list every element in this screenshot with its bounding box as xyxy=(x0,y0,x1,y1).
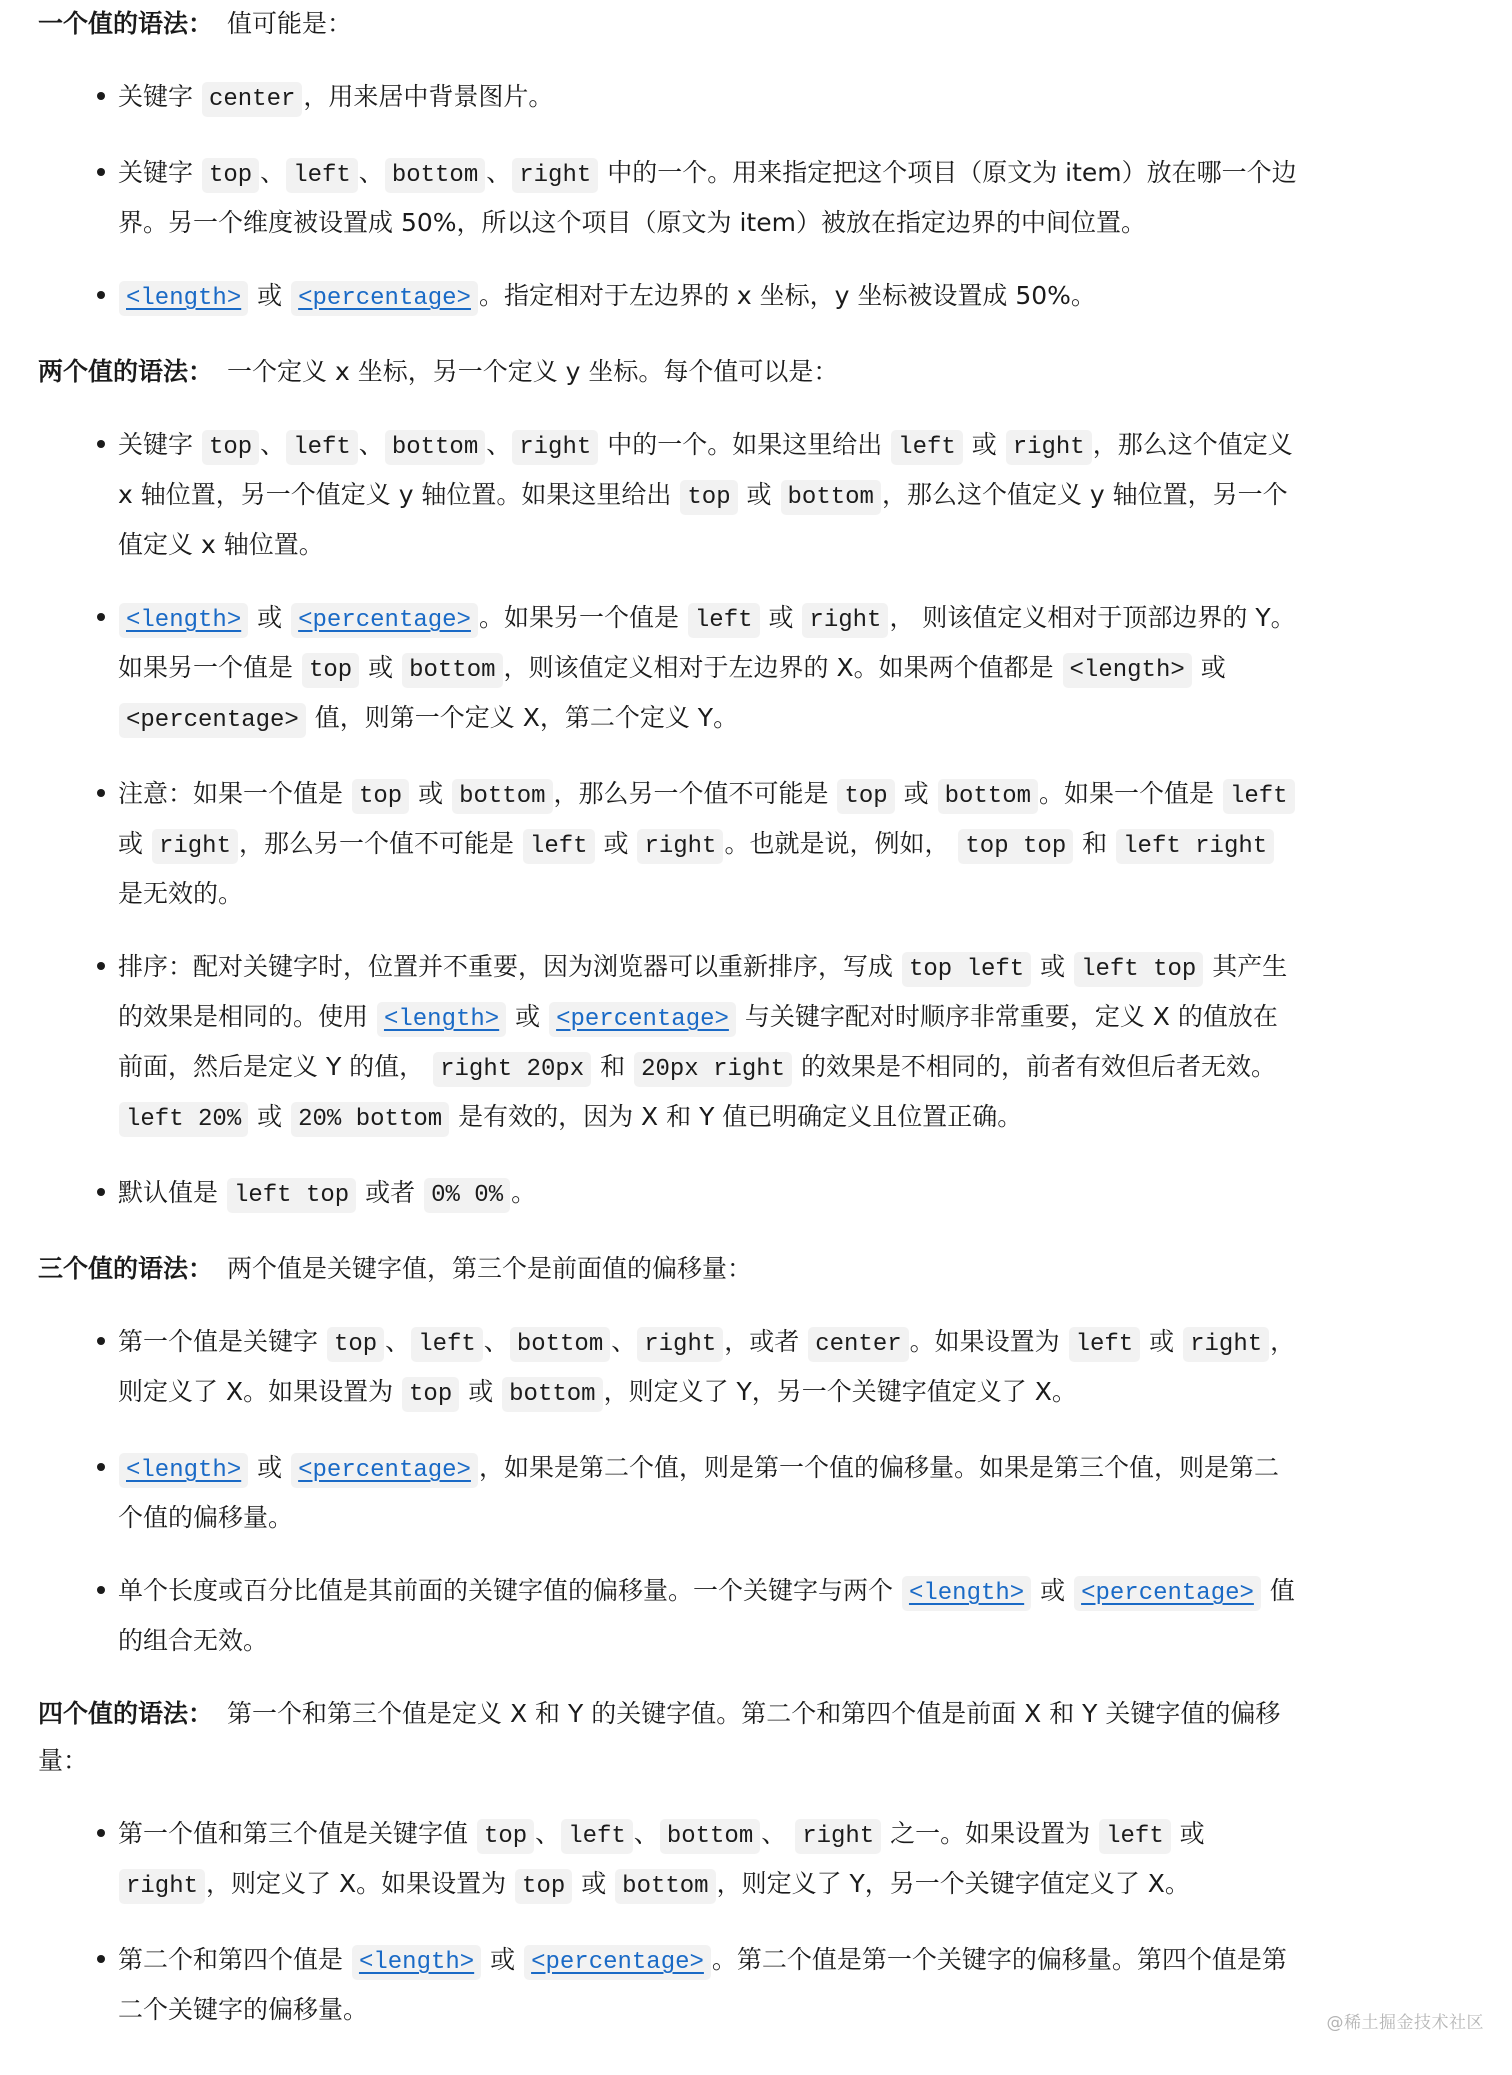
inline-code: bottom xyxy=(938,779,1038,814)
inline-code: right xyxy=(512,430,598,465)
inline-code: top xyxy=(302,653,359,688)
inline-code: bottom xyxy=(615,1869,715,1904)
inline-code: top xyxy=(837,779,894,814)
inline-code: <percentage> xyxy=(119,703,306,738)
inline-code: left xyxy=(1099,1819,1171,1854)
inline-code: bottom xyxy=(385,158,485,193)
bullet-icon xyxy=(97,92,105,100)
type-link[interactable]: <length> xyxy=(126,1457,241,1484)
list-item: <length> 或 <percentage>。指定相对于左边界的 x 坐标，y… xyxy=(118,272,1298,322)
inline-code: top xyxy=(327,1327,384,1362)
inline-code: top xyxy=(352,779,409,814)
inline-code: bottom xyxy=(402,653,502,688)
inline-code: left xyxy=(561,1819,633,1854)
section-list: 关键字 top、left、bottom、right 中的一个。如果这里给出 le… xyxy=(38,421,1298,1219)
bullet-icon xyxy=(97,962,105,970)
code-link-wrapper: <length> xyxy=(119,281,248,316)
inline-code: right xyxy=(512,158,598,193)
bullet-icon xyxy=(97,1829,105,1837)
inline-code: left xyxy=(891,430,963,465)
inline-code: left xyxy=(286,430,358,465)
code-link-wrapper: <percentage> xyxy=(291,281,478,316)
section-heading-one-value: 一个值的语法：值可能是： xyxy=(38,0,1298,47)
inline-code: bottom xyxy=(510,1327,610,1362)
section-intro: 一个定义 x 坐标，另一个定义 y 坐标。每个值可以是： xyxy=(227,357,838,386)
inline-code: bottom xyxy=(781,480,881,515)
code-link-wrapper: <percentage> xyxy=(291,1453,478,1488)
bullet-icon xyxy=(97,291,105,299)
inline-code: top xyxy=(477,1819,534,1854)
inline-code: right 20px xyxy=(433,1052,591,1087)
bullet-icon xyxy=(97,168,105,176)
list-item: 排序：配对关键字时，位置并不重要，因为浏览器可以重新排序，写成 top left… xyxy=(118,943,1298,1143)
inline-code: bottom xyxy=(502,1377,602,1412)
inline-code: right xyxy=(637,829,723,864)
inline-code: right xyxy=(637,1327,723,1362)
bullet-icon xyxy=(97,1955,105,1963)
list-item: 第一个值是关键字 top、left、bottom、right，或者 center… xyxy=(118,1318,1298,1418)
inline-code: right xyxy=(152,829,238,864)
inline-code: center xyxy=(808,1327,908,1362)
type-link[interactable]: <percentage> xyxy=(298,607,471,634)
list-item: 默认值是 left top 或者 0% 0%。 xyxy=(118,1169,1298,1219)
list-item: 第二个和第四个值是 <length> 或 <percentage>。第二个值是第… xyxy=(118,1936,1298,2033)
section-heading-two-values: 两个值的语法：一个定义 x 坐标，另一个定义 y 坐标。每个值可以是： xyxy=(38,348,1298,395)
inline-code: left top xyxy=(1074,952,1203,987)
type-link[interactable]: <length> xyxy=(126,607,241,634)
section-list: 第一个值和第三个值是关键字值 top、left、bottom、 right 之一… xyxy=(38,1810,1298,2033)
code-link-wrapper: <length> xyxy=(119,603,248,638)
inline-code: center xyxy=(202,82,302,117)
inline-code: right xyxy=(1183,1327,1269,1362)
inline-code: top xyxy=(402,1377,459,1412)
inline-code: right xyxy=(795,1819,881,1854)
inline-code: top top xyxy=(958,829,1073,864)
inline-code: 20% bottom xyxy=(291,1102,449,1137)
inline-code: left xyxy=(286,158,358,193)
section-heading-four-values: 四个值的语法：第一个和第三个值是定义 X 和 Y 的关键字值。第二个和第四个值是… xyxy=(38,1690,1298,1784)
code-link-wrapper: <length> xyxy=(377,1002,506,1037)
type-link[interactable]: <percentage> xyxy=(1081,1580,1254,1607)
type-link[interactable]: <percentage> xyxy=(531,1949,704,1976)
inline-code: bottom xyxy=(452,779,552,814)
inline-code: left right xyxy=(1116,829,1274,864)
list-item: 关键字 center，用来居中背景图片。 xyxy=(118,73,1298,123)
list-item: 关键字 top、left、bottom、right 中的一个。用来指定把这个项目… xyxy=(118,149,1298,246)
type-link[interactable]: <length> xyxy=(909,1580,1024,1607)
code-link-wrapper: <percentage> xyxy=(524,1945,711,1980)
type-link[interactable]: <percentage> xyxy=(298,1457,471,1484)
type-link[interactable]: <percentage> xyxy=(298,285,471,312)
section-list: 第一个值是关键字 top、left、bottom、right，或者 center… xyxy=(38,1318,1298,1664)
document-body: 一个值的语法：值可能是： 关键字 center，用来居中背景图片。关键字 top… xyxy=(38,0,1298,2059)
inline-code: left xyxy=(1069,1327,1141,1362)
inline-code: top xyxy=(515,1869,572,1904)
inline-code: left xyxy=(1223,779,1295,814)
inline-code: <length> xyxy=(1063,653,1192,688)
inline-code: right xyxy=(1006,430,1092,465)
inline-code: right xyxy=(119,1869,205,1904)
inline-code: bottom xyxy=(660,1819,760,1854)
inline-code: left xyxy=(523,829,595,864)
section-intro: 值可能是： xyxy=(227,9,352,38)
inline-code: 0% 0% xyxy=(424,1178,510,1213)
list-item: 单个长度或百分比值是其前面的关键字值的偏移量。一个关键字与两个 <length>… xyxy=(118,1567,1298,1664)
inline-code: 20px right xyxy=(634,1052,792,1087)
inline-code: right xyxy=(802,603,888,638)
code-link-wrapper: <percentage> xyxy=(1074,1576,1261,1611)
section-heading-three-values: 三个值的语法：两个值是关键字值，第三个是前面值的偏移量： xyxy=(38,1245,1298,1292)
inline-code: top xyxy=(202,430,259,465)
bullet-icon xyxy=(97,440,105,448)
section-intro: 第一个和第三个值是定义 X 和 Y 的关键字值。第二个和第四个值是前面 X 和 … xyxy=(38,1699,1280,1775)
inline-code: left xyxy=(411,1327,483,1362)
bullet-icon xyxy=(97,1463,105,1471)
bullet-icon xyxy=(97,613,105,621)
code-link-wrapper: <length> xyxy=(352,1945,481,1980)
bullet-icon xyxy=(97,1586,105,1594)
list-item: 注意：如果一个值是 top 或 bottom，那么另一个值不可能是 top 或 … xyxy=(118,770,1298,917)
bullet-icon xyxy=(97,1337,105,1345)
list-item: <length> 或 <percentage>。如果另一个值是 left 或 r… xyxy=(118,594,1298,744)
section-list: 关键字 center，用来居中背景图片。关键字 top、left、bottom、… xyxy=(38,73,1298,322)
list-item: 第一个值和第三个值是关键字值 top、left、bottom、 right 之一… xyxy=(118,1810,1298,1910)
inline-code: top left xyxy=(902,952,1031,987)
inline-code: left xyxy=(688,603,760,638)
section-label: 一个值的语法： xyxy=(38,9,213,38)
watermark: @稀土掘金技术社区 xyxy=(1327,2008,1485,2033)
section-label: 两个值的语法： xyxy=(38,357,213,386)
type-link[interactable]: <length> xyxy=(384,1006,499,1033)
list-item: <length> 或 <percentage>，如果是第二个值，则是第一个值的偏… xyxy=(118,1444,1298,1541)
list-item: 关键字 top、left、bottom、right 中的一个。如果这里给出 le… xyxy=(118,421,1298,568)
inline-code: left 20% xyxy=(119,1102,248,1137)
type-link[interactable]: <length> xyxy=(126,285,241,312)
code-link-wrapper: <percentage> xyxy=(549,1002,736,1037)
code-link-wrapper: <length> xyxy=(902,1576,1031,1611)
bullet-icon xyxy=(97,789,105,797)
inline-code: bottom xyxy=(385,430,485,465)
bullet-icon xyxy=(97,1188,105,1196)
inline-code: left top xyxy=(227,1178,356,1213)
type-link[interactable]: <percentage> xyxy=(556,1006,729,1033)
inline-code: top xyxy=(202,158,259,193)
inline-code: top xyxy=(680,480,737,515)
code-link-wrapper: <length> xyxy=(119,1453,248,1488)
code-link-wrapper: <percentage> xyxy=(291,603,478,638)
type-link[interactable]: <length> xyxy=(359,1949,474,1976)
section-label: 三个值的语法： xyxy=(38,1254,213,1283)
section-intro: 两个值是关键字值，第三个是前面值的偏移量： xyxy=(227,1254,752,1283)
section-label: 四个值的语法： xyxy=(38,1699,213,1728)
